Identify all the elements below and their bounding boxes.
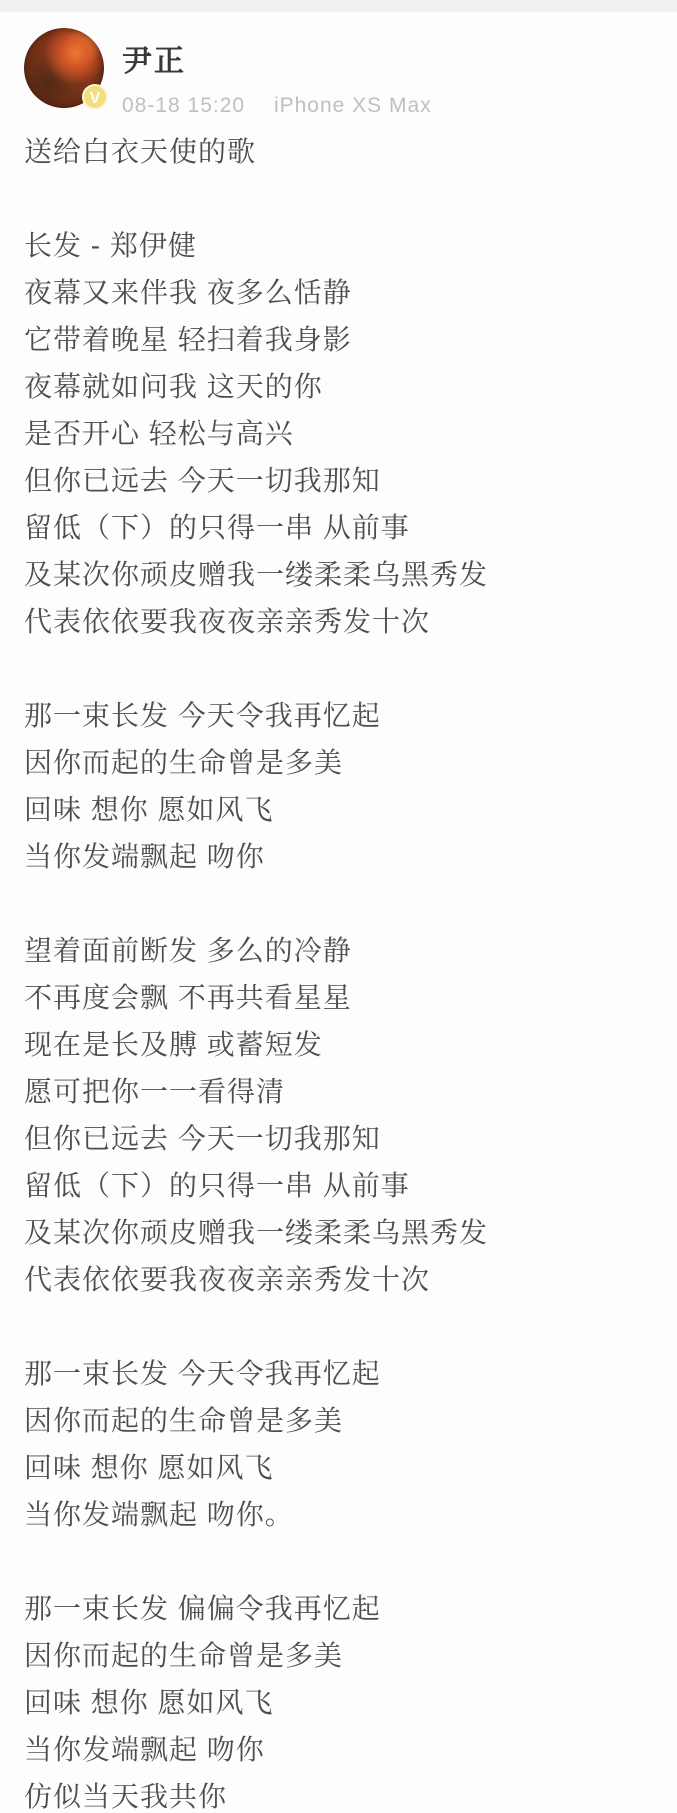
- header-text: 尹正 08-18 15:20 iPhone XS Max: [122, 28, 432, 118]
- lyric-line: 当你发端飘起 吻你: [24, 833, 657, 880]
- lyric-line: 那一束长发 今天令我再忆起: [24, 1350, 657, 1397]
- lyric-line: 回味 想你 愿如风飞: [24, 1679, 657, 1726]
- lyric-line: 那一束长发 今天令我再忆起: [24, 692, 657, 739]
- lyric-line: 因你而起的生命曾是多美: [24, 1397, 657, 1444]
- lyric-line: 愿可把你一一看得清: [24, 1068, 657, 1115]
- lyric-line: 长发 - 郑伊健: [24, 222, 657, 269]
- blank-line: [24, 645, 657, 692]
- lyric-line: 代表依依要我夜夜亲亲秀发十次: [24, 1256, 657, 1303]
- lyric-line: 回味 想你 愿如风飞: [24, 1444, 657, 1491]
- lyric-line: 它带着晚星 轻扫着我身影: [24, 316, 657, 363]
- lyric-line: 夜幕就如问我 这天的你: [24, 363, 657, 410]
- post-body: 送给白衣天使的歌长发 - 郑伊健夜幕又来伴我 夜多么恬静它带着晚星 轻扫着我身影…: [0, 128, 677, 1813]
- lyric-line: 夜幕又来伴我 夜多么恬静: [24, 269, 657, 316]
- username[interactable]: 尹正: [122, 36, 432, 80]
- status-bar-strip: [0, 0, 677, 12]
- lyric-line: 但你已远去 今天一切我那知: [24, 1115, 657, 1162]
- lyric-line: 因你而起的生命曾是多美: [24, 1632, 657, 1679]
- lyric-line: 是否开心 轻松与高兴: [24, 410, 657, 457]
- blank-line: [24, 1538, 657, 1585]
- lyric-line: 代表依依要我夜夜亲亲秀发十次: [24, 598, 657, 645]
- lyric-line: 因你而起的生命曾是多美: [24, 739, 657, 786]
- blank-line: [24, 175, 657, 222]
- post-meta: 08-18 15:20 iPhone XS Max: [122, 94, 432, 118]
- lyric-line: 那一束长发 偏偏令我再忆起: [24, 1585, 657, 1632]
- timestamp: 08-18 15:20: [122, 94, 245, 117]
- blank-line: [24, 880, 657, 927]
- weibo-post-screen: V 尹正 08-18 15:20 iPhone XS Max 送给白衣天使的歌长…: [0, 0, 677, 1813]
- lyric-line: 当你发端飘起 吻你: [24, 1726, 657, 1773]
- lyric-line: 望着面前断发 多么的冷静: [24, 927, 657, 974]
- lyric-line: 送给白衣天使的歌: [24, 128, 657, 175]
- lyric-line: 当你发端飘起 吻你。: [24, 1491, 657, 1538]
- lyric-line: 及某次你顽皮赠我一缕柔柔乌黑秀发: [24, 551, 657, 598]
- lyric-line: 留低（下）的只得一串 从前事: [24, 504, 657, 551]
- lyric-line: 不再度会飘 不再共看星星: [24, 974, 657, 1021]
- lyric-line: 回味 想你 愿如风飞: [24, 786, 657, 833]
- blank-line: [24, 1303, 657, 1350]
- post-header: V 尹正 08-18 15:20 iPhone XS Max: [0, 12, 677, 118]
- verified-badge-icon: V: [82, 84, 108, 110]
- avatar[interactable]: V: [24, 28, 104, 108]
- lyric-line: 仿似当天我共你: [24, 1773, 657, 1813]
- lyric-line: 留低（下）的只得一串 从前事: [24, 1162, 657, 1209]
- lyric-line: 但你已远去 今天一切我那知: [24, 457, 657, 504]
- lyric-line: 现在是长及膊 或蓄短发: [24, 1021, 657, 1068]
- device-source[interactable]: iPhone XS Max: [274, 94, 432, 117]
- lyric-line: 及某次你顽皮赠我一缕柔柔乌黑秀发: [24, 1209, 657, 1256]
